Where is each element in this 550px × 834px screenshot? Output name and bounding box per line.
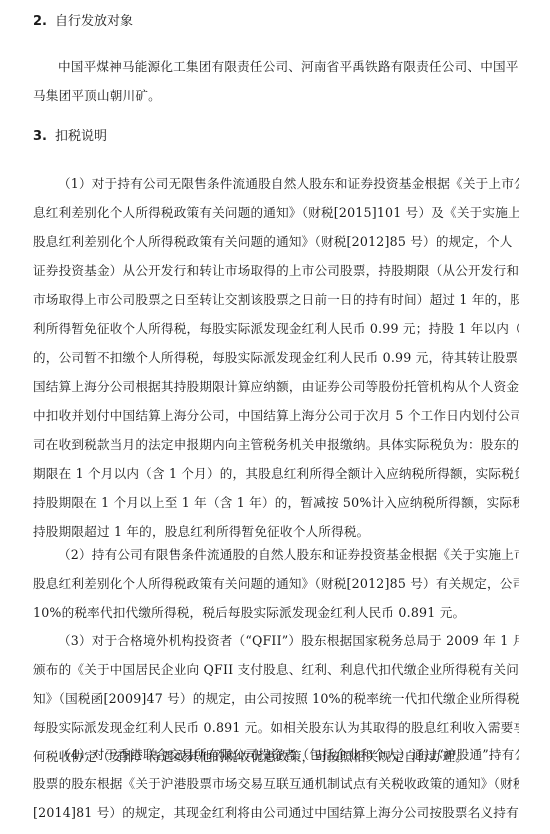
text-line: 股票的股东根据《关于沪港股票市场交易互联互通机制试点有关税收政策的通知》（财税 [33, 769, 519, 798]
tax-item-4-paragraph: （4）对于香港联合交易所有限公司投资者（包括企业和个人）通过“沪股通”持有公司 … [33, 740, 519, 827]
section-2-paragraph: 中国平煤神马能源化工集团有限责任公司、河南省平禹铁路有限责任公司、中国平煤神 马… [33, 52, 519, 110]
text-line: 国结算上海分公司根据其持股期限计算应纳额，由证券公司等股份托管机构从个人资金账户 [33, 372, 519, 401]
section-number: 2. [33, 12, 55, 32]
text-line: 息红利差别化个人所得税政策有关问题的通知》（财税[2015]101 号）及《关于… [33, 198, 519, 227]
text-line: 利所得暂免征收个人所得税，每股实际派发现金红利人民币 0.99 元；持股 1 年… [33, 314, 519, 343]
section-3-heading: 3.扣税说明 [33, 127, 107, 147]
text-line: 中扣收并划付中国结算上海分公司，中国结算上海分公司于次月 5 个工作日内划付公司… [33, 401, 519, 430]
text-line: 知》（国税函[2009]47 号）的规定，由公司按照 10%的税率统一代扣代缴企… [33, 684, 519, 713]
text-line: 股息红利差别化个人所得税政策有关问题的通知》（财税[2012]85 号）有关规定… [33, 569, 519, 598]
text-line: 证券投资基金）从公开发行和转让市场取得的上市公司股票，持股期限（从公开发行和转让 [33, 256, 519, 285]
text-line: （3）对于合格境外机构投资者（“QFII”）股东根据国家税务总局于 2009 年… [33, 626, 519, 655]
text-line: 司在收到税款当月的法定申报期内向主管税务机关申报缴纳。具体实际税负为：股东的持股 [33, 430, 519, 459]
text-line: 颁布的《关于中国居民企业向 QFII 支付股息、红利、利息代扣代缴企业所得税有关… [33, 655, 519, 684]
tax-item-2-paragraph: （2）持有公司有限售条件流通股的自然人股东和证券投资基金根据《关于实施上市公司 … [33, 540, 519, 627]
text-line: （2）持有公司有限售条件流通股的自然人股东和证券投资基金根据《关于实施上市公司 [33, 540, 519, 569]
section-2-heading: 2.自行发放对象 [33, 12, 133, 32]
text-line: 每股实际派发现金红利人民币 0.891 元。如相关股东认为其取得的股息红利收入需… [33, 713, 519, 742]
text-line: 马集团平顶山朝川矿。 [33, 81, 519, 110]
text-line: （1）对于持有公司无限售条件流通股自然人股东和证券投资基金根据《关于上市公司股 [33, 169, 519, 198]
text-line: 股息红利差别化个人所得税政策有关问题的通知》（财税[2012]85 号）的规定，… [33, 227, 519, 256]
text-line: （4）对于香港联合交易所有限公司投资者（包括企业和个人）通过“沪股通”持有公司 [33, 740, 519, 769]
text-line: [2014]81 号）的规定，其现金红利将由公司通过中国结算上海分公司按股票名义… [33, 798, 519, 827]
text-line: 期限在 1 个月以内（含 1 个月）的，其股息红利所得全额计入应纳税所得额，实际… [33, 459, 519, 488]
text-line: 的，公司暂不扣缴个人所得税，每股实际派发现金红利人民币 0.99 元，待其转让股… [33, 343, 519, 372]
text-line: 持股期限在 1 个月以上至 1 年（含 1 年）的，暂减按 50%计入应纳税所得… [33, 488, 519, 517]
text-line: 中国平煤神马能源化工集团有限责任公司、河南省平禹铁路有限责任公司、中国平煤神 [33, 52, 519, 81]
section-title: 自行发放对象 [55, 14, 133, 29]
text-line: 市场取得上市公司股票之日至转让交割该股票之日前一日的持有时间）超过 1 年的，股… [33, 285, 519, 314]
text-line: 10%的税率代扣代缴所得税，税后每股实际派发现金红利人民币 0.891 元。 [33, 598, 519, 627]
section-number: 3. [33, 127, 55, 147]
section-title: 扣税说明 [55, 129, 107, 144]
tax-item-1-paragraph: （1）对于持有公司无限售条件流通股自然人股东和证券投资基金根据《关于上市公司股 … [33, 169, 519, 546]
